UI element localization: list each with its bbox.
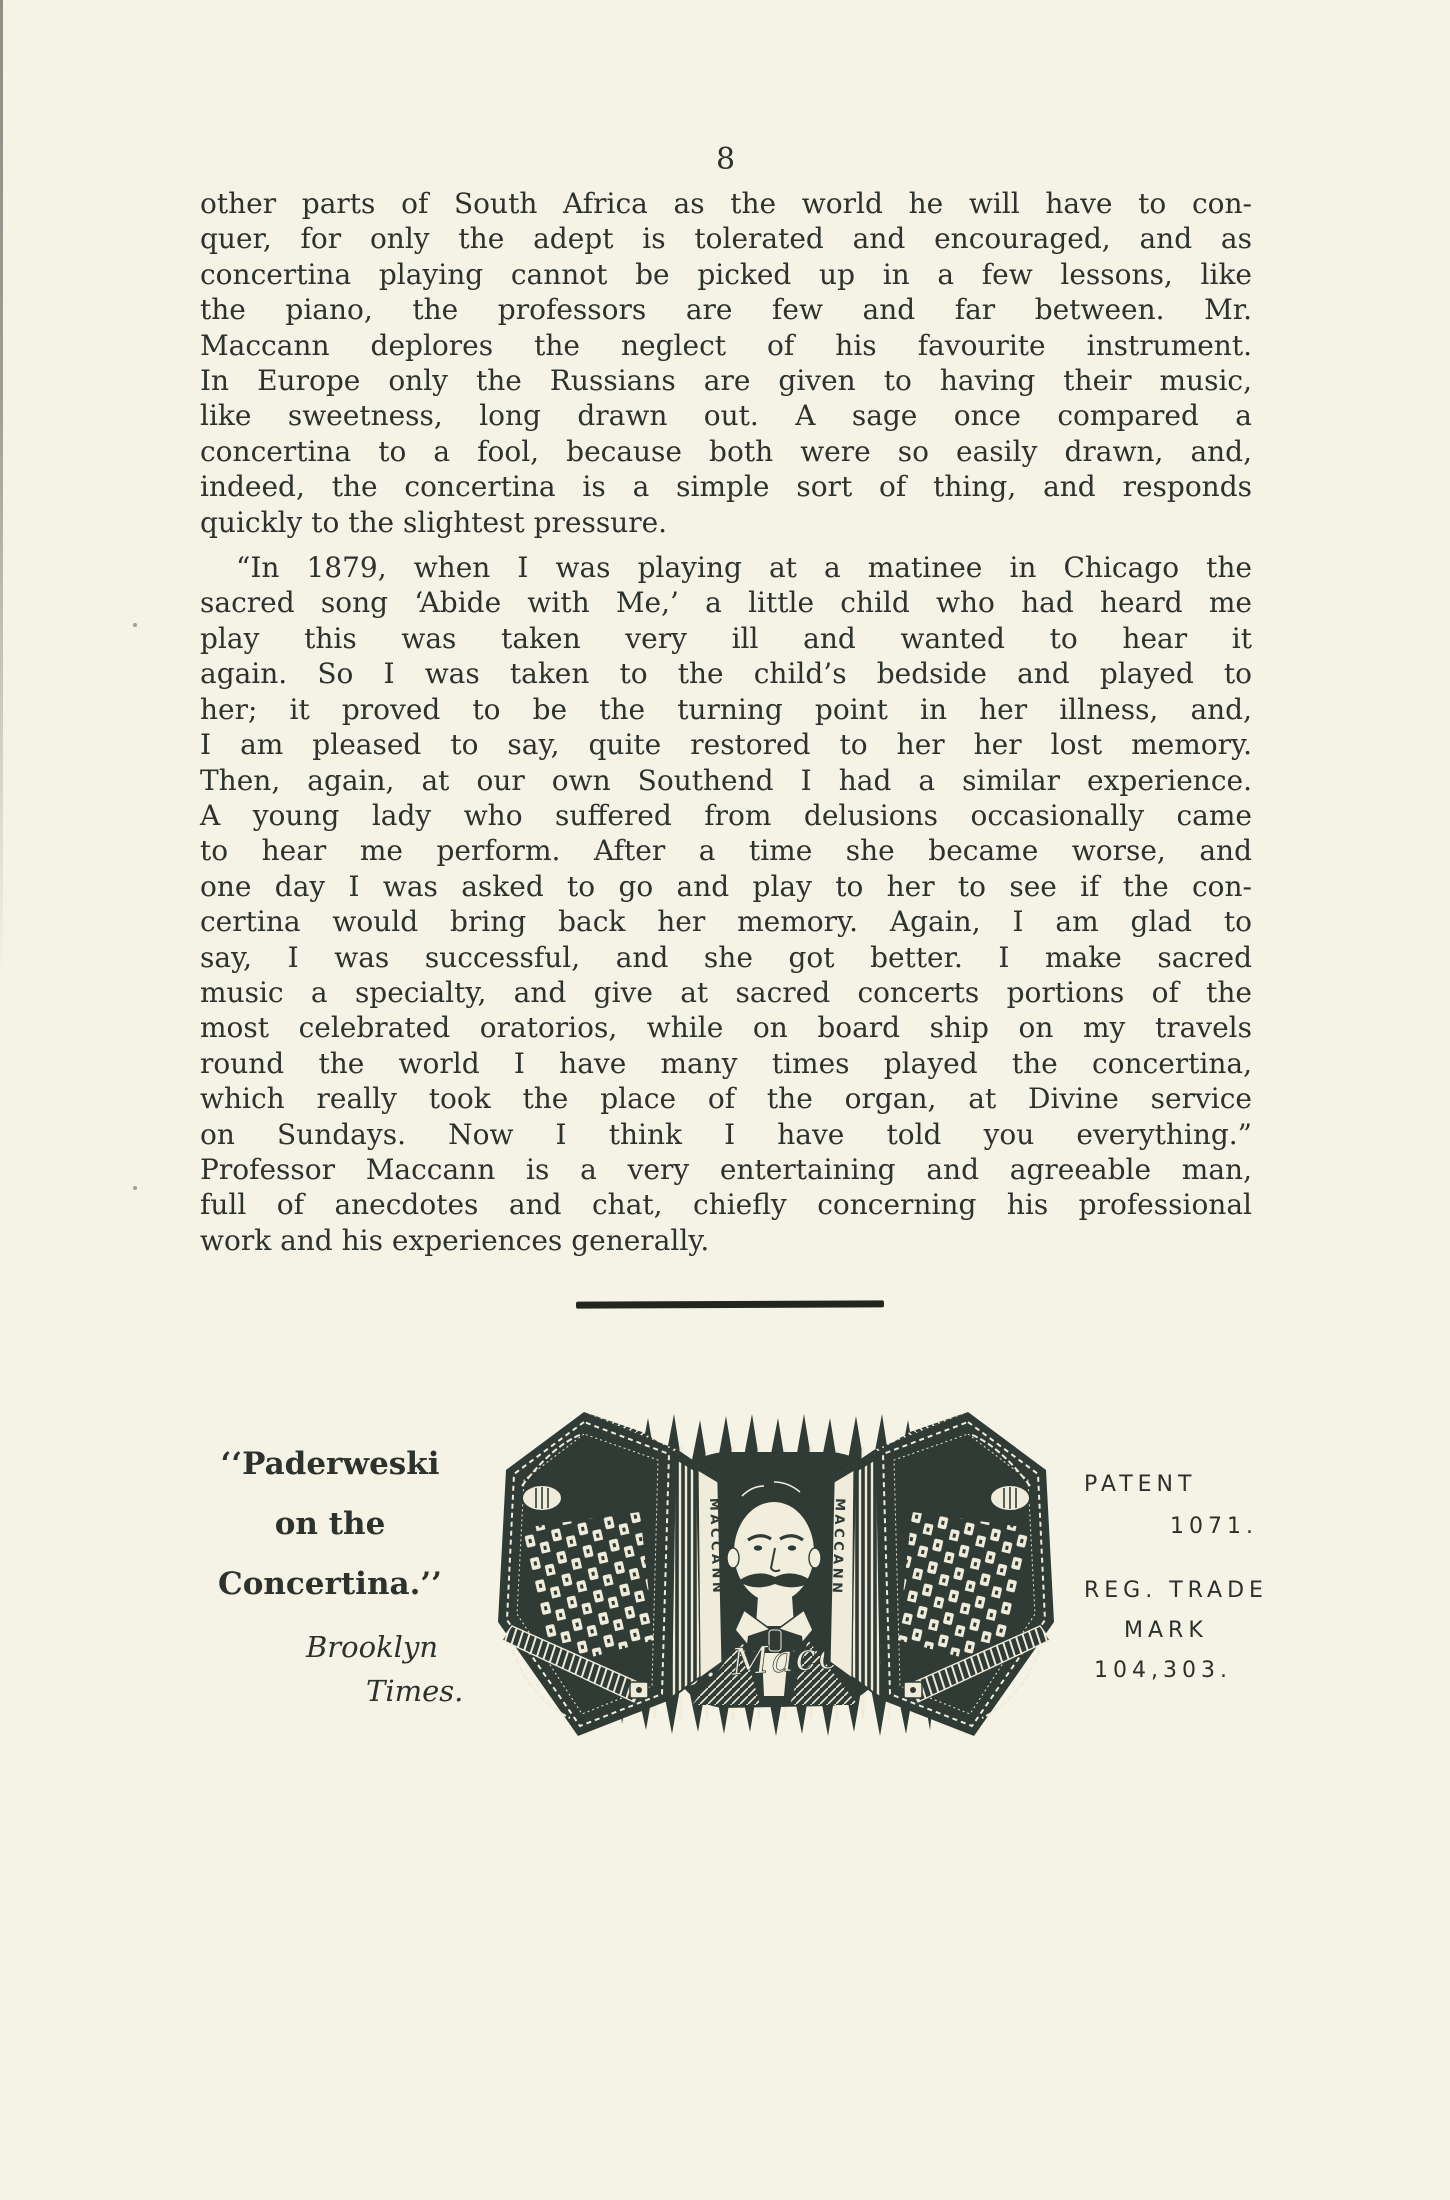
paragraph: “In 1879, when I was playing at a matine… [200,550,1252,1258]
section-divider-rule [576,1300,884,1308]
text-line: play this was taken very ill and wanted … [200,621,1252,656]
text-line: concertina playing cannot be picked up i… [200,257,1252,292]
reg-number: 104,303. [1094,1658,1232,1683]
patent-number: 1071. [1170,1514,1258,1539]
text-line: work and his experiences generally. [200,1223,1252,1258]
text-line: other parts of South Africa as the world… [200,186,1252,221]
quote-source: Times. [366,1674,463,1708]
text-line: to hear me perform. After a time she bec… [200,833,1252,868]
text-line: her; it proved to be the turning point i… [200,692,1252,727]
reg-trade-label: REG. TRADE [1084,1578,1268,1603]
text-line: Then, again, at our own Southend I had a… [200,763,1252,798]
text-line: the piano, the professors are few and fa… [200,292,1252,327]
text-line: which really took the place of the organ… [200,1081,1252,1116]
text-line: concertina to a fool, because both were … [200,434,1252,469]
text-line: one day I was asked to go and play to he… [200,869,1252,904]
patent-label: PATENT [1084,1472,1196,1497]
scan-edge-shadow [0,0,3,980]
text-line: I am pleased to say, quite restored to h… [200,727,1252,762]
text-line: certina would bring back her memory. Aga… [200,904,1252,939]
text-line: A young lady who suffered from delusions… [200,798,1252,833]
text-line: music a specialty, and give at sacred co… [200,975,1252,1010]
text-line: on Sundays. Now I think I have told you … [200,1117,1252,1152]
advert-quote: ‘‘Paderweski on the Concertina.’’ [178,1446,482,1626]
body-text: other parts of South Africa as the world… [200,186,1252,1258]
scan-speck [133,1186,137,1190]
quote-line: ‘‘Paderweski [178,1446,482,1482]
scan-speck [133,623,137,627]
text-line: like sweetness, long drawn out. A sage o… [200,398,1252,433]
quote-line: Concertina.’’ [178,1566,482,1602]
text-line: sacred song ‘Abide with Me,’ a little ch… [200,585,1252,620]
text-line: “In 1879, when I was playing at a matine… [200,550,1252,585]
text-line: quer, for only the adept is tolerated an… [200,221,1252,256]
text-line: Professor Maccann is a very entertaining… [200,1152,1252,1187]
text-line: Maccann deplores the neglect of his favo… [200,328,1252,363]
paragraph: other parts of South Africa as the world… [200,186,1252,540]
text-line: round the world I have many times played… [200,1046,1252,1081]
text-line: again. So I was taken to the child’s bed… [200,656,1252,691]
text-line: full of anecdotes and chat, chiefly conc… [200,1187,1252,1222]
concertina-illustration: J. Maccann MACCANN MACCANN [492,1400,1060,1752]
text-line: most celebrated oratorios, while on boar… [200,1010,1252,1045]
quote-source: Brooklyn [306,1630,438,1664]
text-line: quickly to the slightest pressure. [200,505,1252,540]
text-line: say, I was successful, and she got bette… [200,940,1252,975]
text-line: In Europe only the Russians are given to… [200,363,1252,398]
scanned-book-page: { "page": { "number": "8" }, "colors": {… [0,0,1450,2200]
reg-mark-label: MARK [1124,1618,1208,1643]
text-line: indeed, the concertina is a simple sort … [200,469,1252,504]
quote-line: on the [178,1506,482,1542]
page-number: 8 [200,142,1252,177]
